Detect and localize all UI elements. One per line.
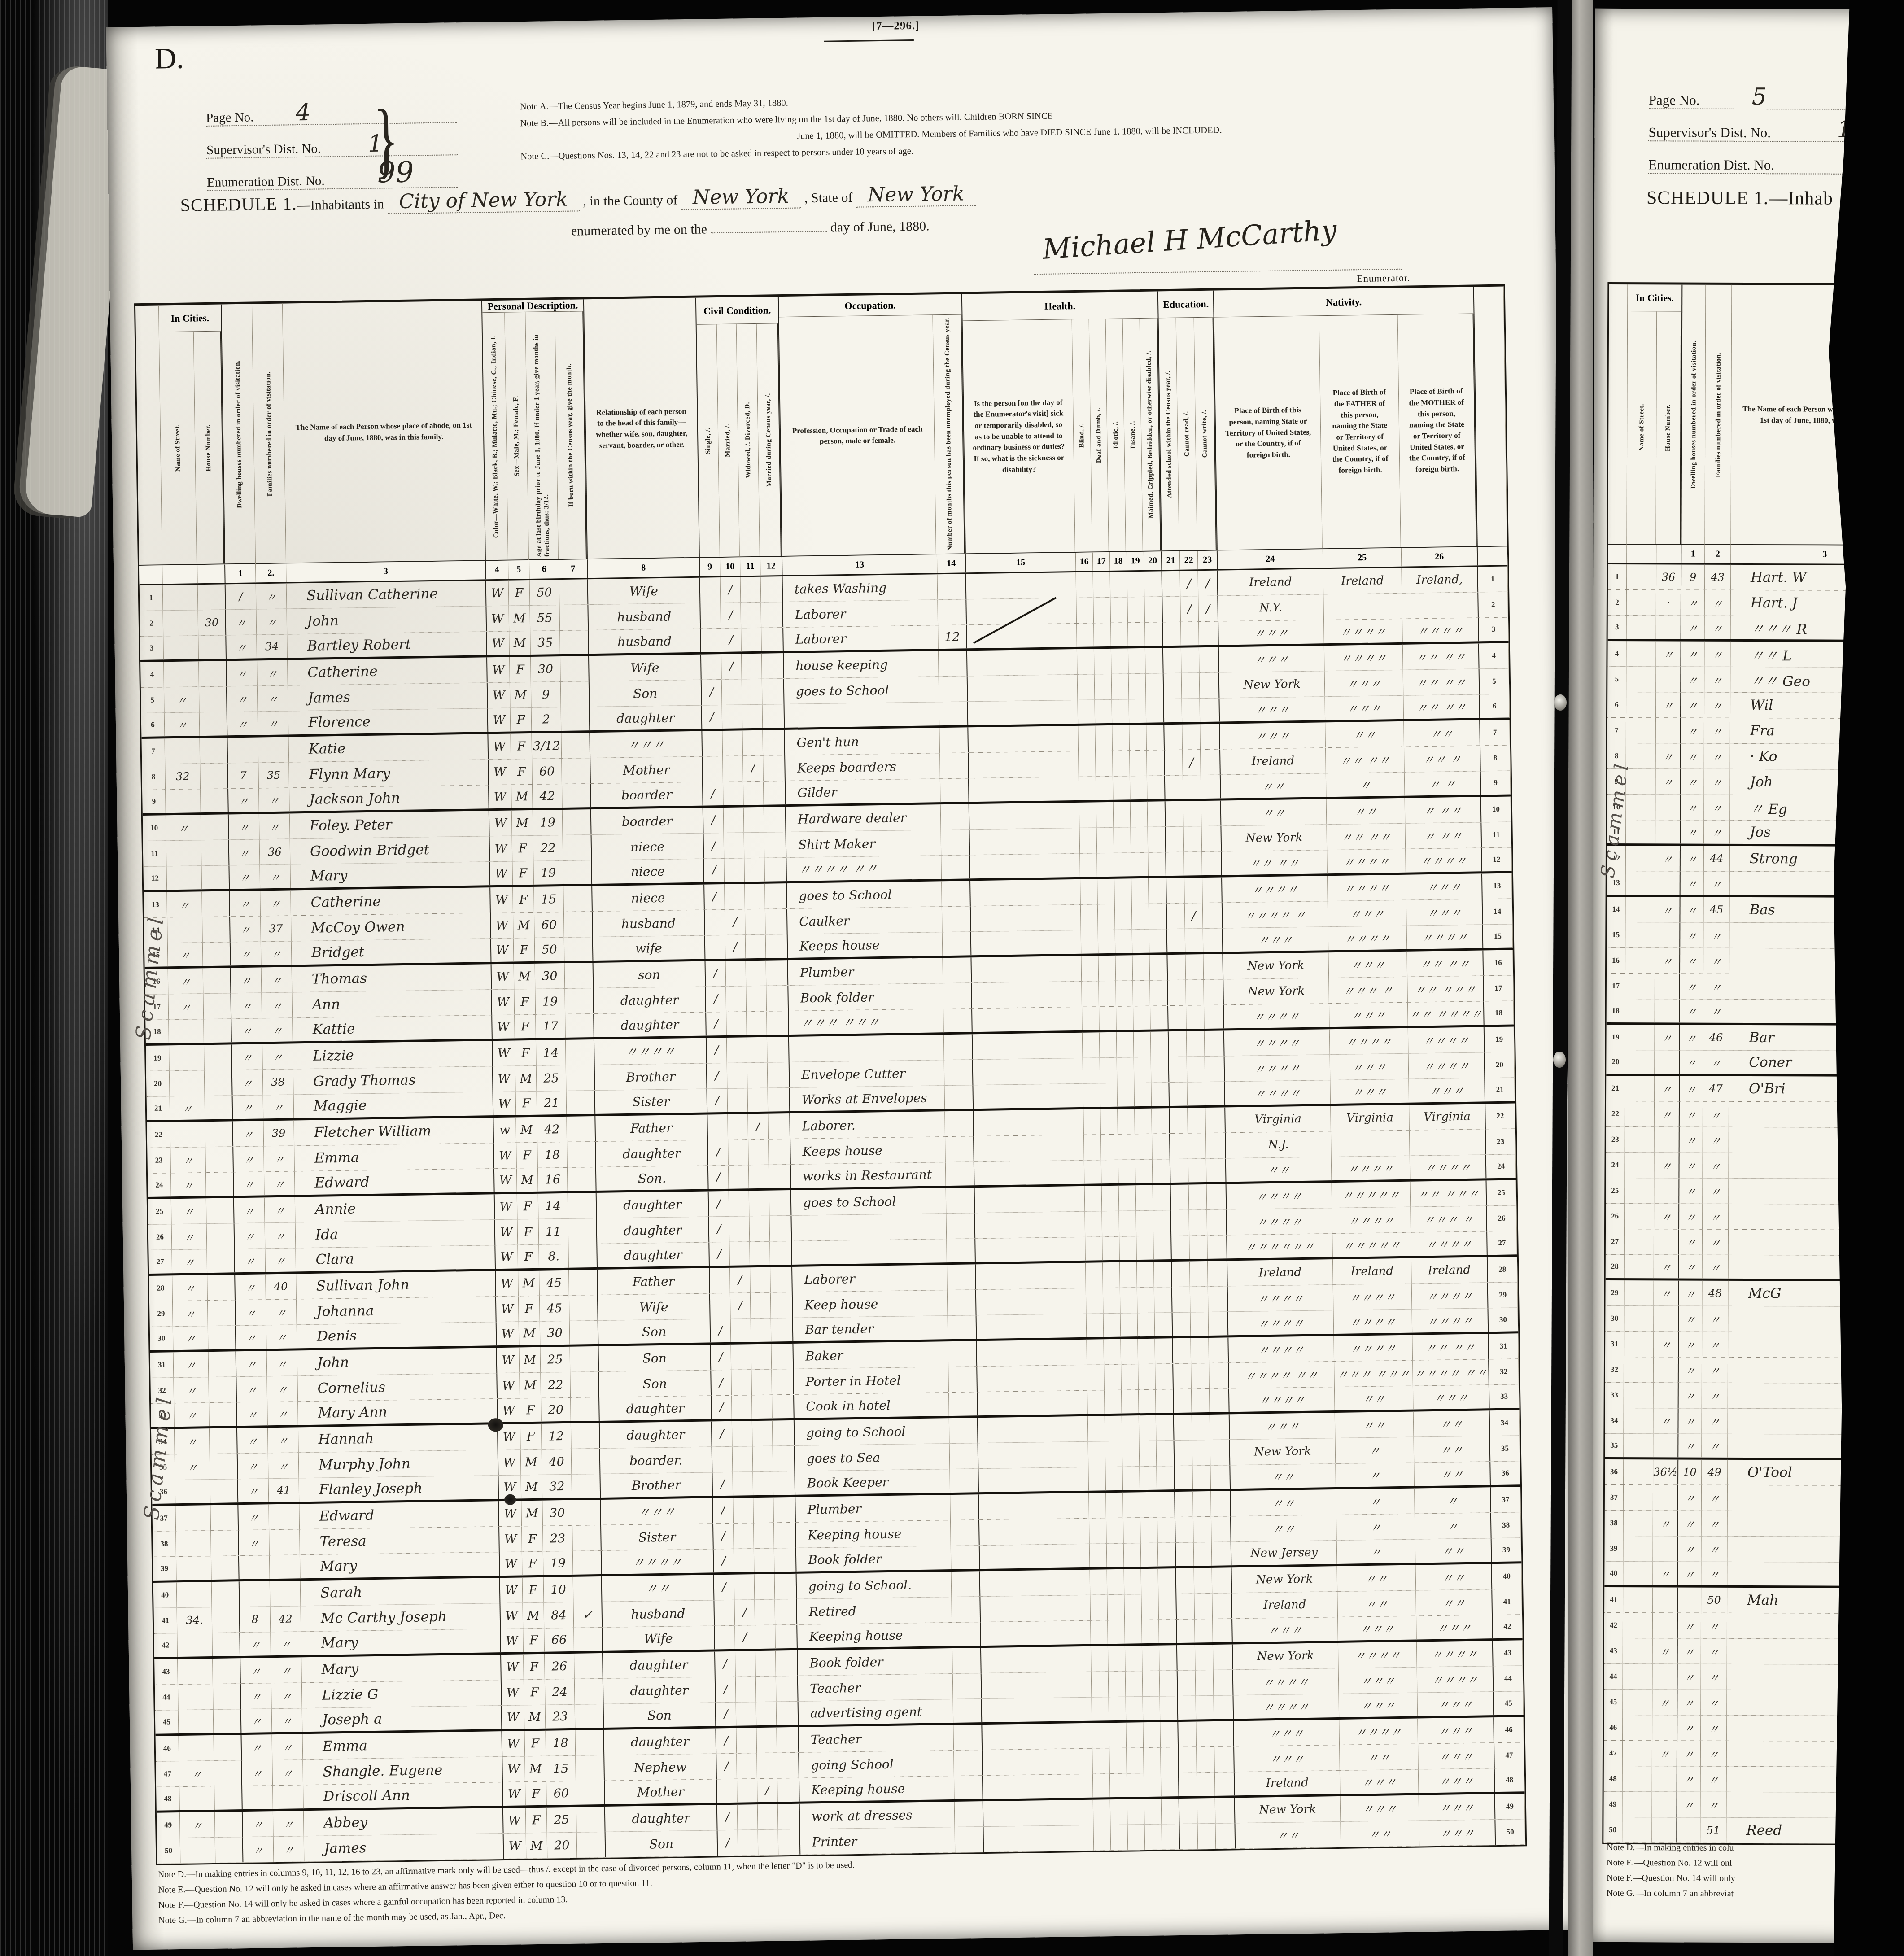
column-header-rn1 [135, 305, 162, 566]
cell-st: 〃 [165, 712, 200, 736]
cell-bl [1087, 1390, 1105, 1414]
cell-sx: F [512, 836, 534, 861]
cell-oc: Keeps boarders [785, 753, 940, 781]
cell-nm: John [297, 1348, 498, 1375]
cell-rd [1184, 852, 1202, 876]
cell-sk [980, 1570, 1091, 1596]
cell-hn: 36½ [1653, 1459, 1678, 1484]
column-label-ins: Insane, /. [1129, 421, 1137, 449]
cell-pm: 〃〃 [1414, 1410, 1490, 1436]
cell-un [946, 1213, 975, 1239]
cell-hn [199, 686, 227, 712]
enumeration-dist-row: Enumeration Dist. No. 99 [207, 159, 459, 195]
cell-df [1096, 828, 1114, 853]
cell-ins [1132, 930, 1150, 953]
cell-pb: 〃〃〃 [1219, 646, 1325, 672]
cell-oc: going to School. [797, 1572, 952, 1599]
cell-rn2: 17 [1484, 975, 1514, 1001]
column-label-pb: Place of Birth of this person, naming St… [1217, 405, 1319, 461]
cell-rn2: 28 [1488, 1257, 1518, 1282]
cell-mai [1144, 571, 1162, 597]
cell-bl [1091, 1620, 1108, 1644]
cell-y [761, 628, 784, 651]
cell-co: W [502, 1731, 525, 1756]
enumerator-label: Enumerator. [1357, 272, 1410, 284]
cell-dw: 〃 [240, 1658, 271, 1683]
cell-fm: 〃 [1703, 1204, 1729, 1229]
cell-bl [1089, 1518, 1107, 1544]
cell-nm: Thomas [292, 964, 492, 992]
cell-st: 〃 [170, 1147, 206, 1173]
cell-rn1: 20 [146, 1071, 170, 1096]
cell-nm: Mary [301, 1629, 501, 1655]
cell-oc: Cook in hotel [794, 1393, 949, 1418]
cell-oc: works in Restaurant [791, 1162, 946, 1188]
cell-fm: 〃 [1704, 821, 1730, 844]
cell-fm: 〃 [1701, 1716, 1727, 1741]
cell-fm: 34 [257, 635, 288, 659]
cell-ins [1129, 699, 1146, 723]
cell-sk [976, 1263, 1086, 1289]
cell-fm [269, 1504, 300, 1529]
cell-fm: 〃 [267, 1402, 298, 1425]
cell-nm: Ann [292, 990, 492, 1017]
cell-hn [215, 1812, 243, 1837]
cell-bl [1086, 1262, 1103, 1288]
cell-oc: Teacher [798, 1674, 953, 1701]
cell-rn1: 23 [147, 1148, 171, 1173]
cell-hn [213, 1684, 241, 1709]
cell-wr [1205, 1082, 1225, 1105]
cell-fm: 〃 [1703, 1127, 1729, 1153]
cell-m [728, 1114, 748, 1140]
cell-df [1110, 1774, 1127, 1798]
cell-s: ∕ [704, 833, 725, 859]
cell-sch [1163, 648, 1182, 673]
cell-re: Son [599, 1370, 712, 1397]
cell-y [768, 1113, 790, 1139]
cell-pm: 〃〃〃〃 [1407, 925, 1484, 949]
cell-rn1: 26 [148, 1224, 172, 1250]
cell-w [758, 1804, 778, 1829]
cell-un [938, 574, 967, 599]
cell-dw: 〃 [1680, 897, 1703, 922]
cell-idt [1114, 878, 1132, 904]
column-label-rd: Cannot read, /. [1182, 411, 1191, 457]
column-label-mai: Maimed, Crippled, Bedridden, or otherwis… [1145, 350, 1155, 518]
cell-bo [575, 1704, 604, 1728]
cell-bl [1092, 1748, 1110, 1774]
cell-nm: Denis [297, 1322, 497, 1348]
cell-ag: 22 [533, 835, 563, 861]
cell-ins [1133, 981, 1150, 1006]
cell-dw: 〃 [235, 1249, 266, 1272]
cell-oc: Porter in Hotel [794, 1367, 949, 1394]
cell-bl [1084, 1135, 1101, 1160]
cell-rd: ∕ [1180, 571, 1198, 596]
cell-pb: New York [1233, 1643, 1339, 1669]
cell-hn [203, 942, 231, 966]
cell-rn1: 41 [154, 1608, 178, 1633]
cell-df [1098, 904, 1115, 930]
group-cells: Is the person [on the day of the Enumera… [963, 318, 1161, 553]
schedule-lead: SCHEDULE 1. [180, 193, 297, 215]
column-number-m: 10 [720, 557, 741, 576]
cell-hn: 〃 [1654, 1255, 1679, 1278]
cell-dw: 〃 [232, 1070, 263, 1095]
cell-nm: Jackson John [289, 785, 489, 811]
cell-st [1625, 1204, 1654, 1229]
group-label: In Cities. [159, 305, 221, 332]
cell-rd: ∕ [1183, 750, 1201, 775]
cell-hn [1656, 667, 1681, 692]
cell-rn: 22 [1606, 1101, 1625, 1126]
cell-y [774, 1523, 796, 1548]
cell-st: 34. [177, 1607, 213, 1633]
cell-fm: 〃 [1701, 1767, 1727, 1792]
cell-un [950, 1494, 979, 1520]
cell-y [775, 1625, 798, 1649]
cell-re: Son [590, 680, 702, 707]
cell-nm: Emma [302, 1731, 502, 1759]
cell-dw: 〃 [1679, 1204, 1703, 1229]
cell-un [949, 1418, 978, 1443]
cell-bo [576, 1755, 605, 1781]
cell-co: W [494, 1143, 517, 1168]
cell-fm: 〃 [262, 967, 293, 992]
cell-pf [1323, 594, 1402, 620]
cell-oc: Plumber [788, 958, 943, 985]
cell-oc: Teacher [799, 1725, 954, 1752]
cell-re: Nephew [604, 1754, 717, 1780]
cell-dw: 〃 [237, 1402, 268, 1426]
cell-wr [1210, 1465, 1231, 1489]
cell-rn: 15 [1607, 922, 1625, 947]
cell-pb: 〃〃〃〃〃〃 [1227, 1234, 1333, 1258]
cell-rd [1195, 1645, 1214, 1670]
cell-rn1: 21 [147, 1096, 170, 1120]
cell-re: Sister [601, 1524, 714, 1550]
column-header-pm: Place of Birth of the MOTHER of this per… [1397, 314, 1477, 547]
cell-sx: F [516, 1092, 537, 1115]
cell-st [1623, 1638, 1653, 1663]
cell-idt [1117, 1057, 1135, 1083]
cell-sx: M [518, 1271, 540, 1296]
cell-oc: Works at Envelopes [790, 1086, 945, 1111]
cell-nm: John [287, 606, 487, 634]
cell-rn2: 5 [1480, 668, 1510, 694]
cell-ins [1144, 1825, 1162, 1850]
cell-idt [1110, 597, 1128, 623]
cell-ag: 25 [537, 1065, 567, 1091]
cell-hn [207, 1275, 236, 1300]
cell-hn [212, 1581, 240, 1607]
cell-fm: 〃 [1701, 1613, 1727, 1638]
cell-nm: Mary [301, 1655, 502, 1682]
cell-pb: 〃〃〃〃 [1222, 876, 1328, 902]
cell-idt [1110, 572, 1127, 597]
cell-dw: ∕ [226, 584, 257, 609]
cell-mai [1157, 1466, 1175, 1490]
cell-re: daughter [590, 706, 703, 730]
binding-bolt [1554, 694, 1567, 711]
cell-oc: Book Keeper [795, 1469, 950, 1495]
cell-nm: Mary [300, 1552, 500, 1578]
cell-wr [1201, 775, 1221, 799]
cell-st: 〃 [174, 1377, 209, 1403]
cell-st [1625, 999, 1655, 1022]
cell-pm: 〃〃 〃〃〃 [1411, 1180, 1487, 1206]
cell-pm: 〃〃〃 [1406, 899, 1483, 925]
cell-rn1: 39 [153, 1557, 177, 1581]
cell-fm: 38 [263, 1069, 294, 1095]
cell-oc: goes to School [784, 677, 939, 704]
cell-ag: 42 [537, 1117, 567, 1142]
cell-y [776, 1650, 798, 1676]
cell-fm: 〃 [264, 1146, 295, 1171]
cell-pm: 〃〃〃〃 [1410, 1155, 1487, 1179]
cell-dw: 〃 [236, 1376, 267, 1402]
cell-fm: 〃 [258, 685, 288, 711]
cell-pb: 〃〃〃〃 [1227, 1183, 1332, 1209]
cell-rn2: 35 [1490, 1436, 1520, 1461]
cell-re: daughter [605, 1805, 718, 1831]
cell-fm: 〃 [258, 711, 289, 735]
cell-sch [1179, 1824, 1198, 1849]
cell-sx: M [521, 1475, 542, 1499]
cell-dw: 〃 [1681, 769, 1704, 794]
cell-df [1105, 1416, 1122, 1441]
cell-dw: 〃 [231, 993, 262, 1018]
cell-m: ∕ [721, 654, 742, 679]
cell-bo [563, 860, 592, 884]
cell-fm [269, 1529, 300, 1555]
column-label-sx: Sex—Male, M.; Female, F. [512, 396, 521, 476]
cell-rn: 41 [1604, 1587, 1623, 1612]
cell-bo [563, 835, 592, 860]
cell-sk [969, 777, 1079, 802]
cell-rn2: 49 [1495, 1794, 1525, 1819]
cell-pf: 〃〃 [1325, 721, 1404, 747]
cell-hn: 〃 [1655, 769, 1681, 794]
cell-co: W [489, 785, 512, 809]
cell-wr [1214, 1670, 1234, 1695]
enumeration-dist-label: Enumeration Dist. No. [207, 174, 325, 190]
cell-co: W [491, 913, 514, 939]
cell-y [762, 679, 785, 704]
cell-rn2: 18 [1484, 1001, 1514, 1025]
cell-fm: 〃 [1703, 1153, 1729, 1178]
cell-fm: 〃 [1702, 1511, 1728, 1536]
cell-idt [1127, 1799, 1145, 1825]
cell-ag: 18 [546, 1730, 576, 1756]
column-header-dw: Dwelling houses numbered in order of vis… [1681, 284, 1706, 545]
cell-hn [205, 1070, 233, 1096]
cell-m [726, 986, 747, 1012]
cell-fm: 〃 [1701, 1639, 1727, 1664]
column-number-ins: 19 [1127, 552, 1144, 571]
cell-oc: Keep house [793, 1290, 948, 1318]
column-label-w: Widowed, /. Divorced, D. [743, 402, 752, 478]
cell-sch [1164, 699, 1182, 723]
id-block-brace: } [373, 91, 399, 189]
cell-pm: 〃〃〃 [1409, 1078, 1485, 1102]
cell-m [729, 1165, 749, 1189]
cell-pb: New York [1235, 1796, 1341, 1823]
cell-st [177, 1633, 213, 1657]
cell-m: ∕ [735, 1625, 755, 1649]
cell-sch [1174, 1415, 1192, 1441]
cell-s [717, 1779, 738, 1803]
cell-un [940, 753, 969, 778]
cell-s [703, 756, 723, 782]
cell-bo: ✓ [573, 1602, 603, 1628]
cell-ag: 35 [530, 631, 560, 655]
cell-wr [1204, 1005, 1224, 1029]
cell-oc: going School [799, 1751, 954, 1778]
cell-w [751, 1344, 772, 1370]
cell-st [1625, 1229, 1654, 1254]
cell-st [1624, 1332, 1654, 1357]
cell-sk [975, 1237, 1086, 1262]
cell-rn: 29 [1605, 1280, 1624, 1305]
cell-sx: M [526, 1833, 548, 1859]
cell-hn [1652, 1766, 1677, 1791]
cell-bo [561, 707, 590, 731]
cell-co: W [487, 657, 510, 683]
cell-fm: 〃 [265, 1248, 296, 1272]
cell-mai [1151, 1031, 1169, 1057]
column-number-sx: 5 [508, 560, 530, 579]
cell-m [732, 1421, 753, 1446]
cell-dw: 〃 [229, 865, 260, 889]
cell-bl [1080, 879, 1098, 904]
cell-st [1625, 1178, 1654, 1203]
cell-ag: 17 [536, 1014, 566, 1038]
cell-df [1098, 956, 1116, 981]
cell-bo [573, 1551, 602, 1575]
cell-sx: F [522, 1552, 544, 1576]
cell-m [737, 1779, 758, 1803]
cell-sx: M [525, 1756, 546, 1782]
cell-ag: 10 [544, 1577, 574, 1602]
cell-dw [1678, 1587, 1701, 1612]
cell-pm: 〃〃〃 [1418, 1717, 1494, 1743]
cell-s: ∕ [711, 1319, 731, 1343]
cell-hn [208, 1326, 236, 1349]
cell-st [1623, 1715, 1652, 1740]
cell-s [705, 910, 725, 935]
cell-y [769, 1139, 791, 1165]
cell-rn2: 14 [1483, 899, 1513, 924]
cell-co: W [500, 1577, 523, 1603]
cell-ins [1142, 1646, 1160, 1671]
cell-pm: 〃 〃〃 [1405, 797, 1482, 823]
cell-rd [1197, 1773, 1215, 1796]
cell-oc: Gen't hun [785, 728, 940, 755]
cell-m: ∕ [725, 909, 746, 935]
cell-dw: 〃 [1679, 1306, 1702, 1331]
cell-df [1100, 1083, 1118, 1107]
cell-co: W [492, 990, 515, 1015]
id-block: Page No. 4 Supervisor's Dist. No. 1 Enum… [206, 94, 459, 195]
cell-dw: 〃 [1677, 1792, 1700, 1817]
cell-rd [1190, 1261, 1208, 1287]
cell-s: ∕ [716, 1677, 736, 1703]
cell-sx: F [524, 1680, 546, 1705]
cell-pm: 〃〃 〃〃 [1403, 694, 1480, 719]
cell-sk [982, 1723, 1092, 1750]
cell-st [180, 1838, 216, 1863]
cell-st [175, 1480, 211, 1503]
cell-ag: 45 [539, 1270, 569, 1296]
cell-st [1624, 1357, 1654, 1382]
cell-rn2: 32 [1489, 1359, 1519, 1384]
cell-bo [566, 1065, 595, 1091]
cell-fm: 43 [1705, 565, 1731, 590]
cell-pf: 〃〃〃 [1328, 900, 1407, 926]
cell-m [736, 1677, 756, 1702]
cell-dw: 〃 [234, 1172, 265, 1196]
cell-df [1103, 1262, 1120, 1288]
enumerated-line: enumerated by me on the day of June, 188… [571, 218, 930, 239]
column-label-idt: Idiotic, /. [1112, 421, 1120, 449]
cell-bl [1085, 1237, 1103, 1261]
column-label-un: Number of months this person has been un… [943, 318, 954, 551]
cell-re: Mother [590, 757, 703, 783]
cell-sx: M [513, 913, 535, 938]
cell-rn: 28 [1606, 1255, 1625, 1278]
cell-mai [1155, 1364, 1174, 1389]
cell-sk [977, 1314, 1087, 1339]
cell-y [763, 730, 785, 755]
cell-wr [1215, 1772, 1235, 1796]
cell-rn: 47 [1604, 1741, 1623, 1766]
cell-rn2: 12 [1482, 847, 1512, 871]
cell-rn: 2 [1608, 590, 1627, 615]
cell-bl [1076, 572, 1093, 598]
cell-st: 〃 [175, 1454, 210, 1480]
cell-rn1: 19 [146, 1045, 170, 1071]
cell-sch [1170, 1159, 1189, 1183]
cell-fm [273, 1785, 304, 1809]
cell-mai [1146, 725, 1165, 750]
column-label-y: Married during Census year, /. [764, 393, 773, 487]
cell-rd [1187, 1082, 1205, 1106]
cell-ag: 15 [546, 1756, 576, 1781]
cell-df [1100, 1058, 1118, 1083]
cell-rn2: 26 [1487, 1205, 1517, 1231]
cell-s: ∕ [707, 1089, 728, 1113]
cell-hn [211, 1556, 240, 1580]
cell-pb: 〃〃〃〃 [1227, 1208, 1332, 1235]
cell-dw: 〃 [226, 635, 257, 659]
cell-idt [1119, 1211, 1136, 1236]
cell-rn1: 45 [155, 1710, 179, 1734]
cell-pb: 〃〃〃〃 [1233, 1694, 1339, 1719]
cell-st: 〃 [167, 891, 202, 917]
cell-df [1109, 1748, 1127, 1774]
cell-s [701, 654, 722, 680]
cell-pm: 〃 [1415, 1513, 1492, 1539]
cell-rn2: 21 [1485, 1078, 1515, 1101]
cell-hn [1655, 871, 1681, 895]
cell-s: ∕ [704, 884, 725, 910]
cell-sch [1166, 801, 1184, 827]
cell-sx: M [512, 810, 533, 836]
column-label-s: Single, /. [704, 428, 712, 454]
cell-ag: 23 [546, 1705, 576, 1729]
